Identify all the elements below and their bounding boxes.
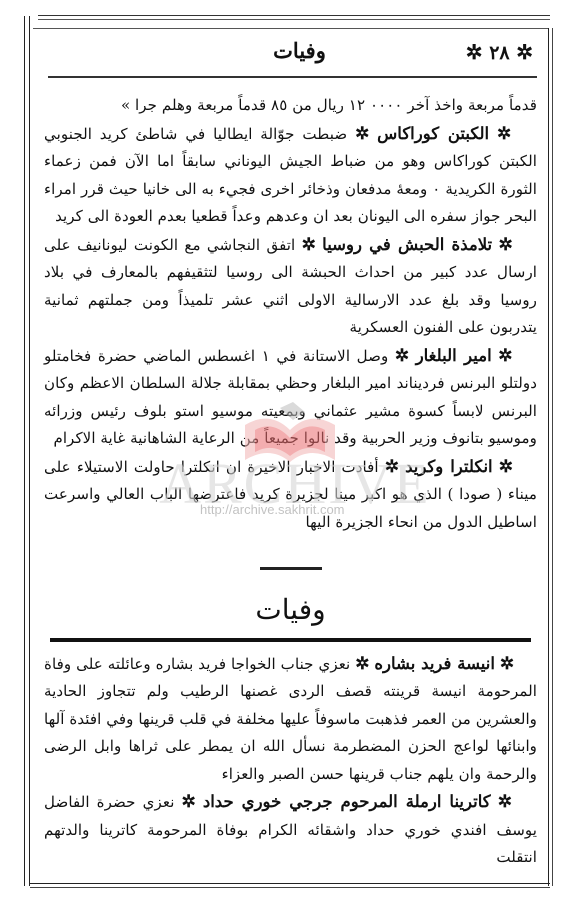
document-page: ✲ ٢٨ ✲ وفيات قدماً مربعة واخذ آخر ٠٠٠٠ ١… xyxy=(40,28,545,872)
news-item: ✲ امير البلغار ✲ وصل الاستانة في ١ اغسطس… xyxy=(44,342,537,453)
news-item: ✲ تلامذة الحبش في روسيا ✲ اتفق النجاشي م… xyxy=(44,231,537,342)
obituary-item: ✲ انيسة فريد بشاره ✲ نعزي جناب الخواجا ف… xyxy=(44,650,537,789)
asterism-ornament-icon: ✲ xyxy=(385,457,399,477)
asterism-ornament-icon: ✲ xyxy=(182,792,196,812)
asterism-ornament-icon: ✲ xyxy=(500,654,514,674)
obituary-text: نعزي جناب الخواجا فريد بشاره وعائلته على… xyxy=(44,655,537,783)
news-item-heading: انكلترا وكريد xyxy=(405,457,493,476)
news-item: ✲ انكلترا وكريد ✲ أفادت الاخبار الاخيرة … xyxy=(44,453,537,537)
short-rule xyxy=(260,567,322,570)
running-title: وفيات xyxy=(40,38,545,63)
news-item-heading: الكبتن كوراكاس xyxy=(377,124,489,143)
asterism-ornament-icon: ✲ xyxy=(302,235,316,255)
frame-left-rule xyxy=(24,16,30,886)
asterism-ornament-icon: ✲ xyxy=(498,346,512,366)
news-item-heading: تلامذة الحبش في روسيا xyxy=(322,235,492,254)
frame-bottom-rule xyxy=(30,883,550,888)
news-item-heading: امير البلغار xyxy=(416,346,492,365)
obituary-heading: انيسة فريد بشاره xyxy=(374,654,495,673)
asterism-ornament-icon: ✲ xyxy=(395,346,409,366)
intro-line: قدماً مربعة واخذ آخر ٠٠٠٠ ١٢ ريال من ٨٥ … xyxy=(44,92,537,120)
asterism-ornament-icon: ✲ xyxy=(498,235,512,255)
news-column: قدماً مربعة واخذ آخر ٠٠٠٠ ١٢ ريال من ٨٥ … xyxy=(40,92,545,872)
frame-right-rule xyxy=(548,28,553,886)
asterism-ornament-icon: ✲ xyxy=(498,792,512,812)
asterism-ornament-icon: ✲ xyxy=(499,457,513,477)
obituary-item: ✲ كاترينا ارملة المرحوم جرجي خوري حداد ✲… xyxy=(44,788,537,872)
obituaries-section-title: وفيات xyxy=(44,592,537,628)
asterism-ornament-icon: ✲ xyxy=(355,654,369,674)
frame-top-rule xyxy=(38,15,550,20)
page-header: ✲ ٢٨ ✲ وفيات xyxy=(40,28,545,76)
obituary-heading: كاترينا ارملة المرحوم جرجي خوري حداد xyxy=(203,792,491,811)
asterism-ornament-icon: ✲ xyxy=(355,124,369,144)
section-divider xyxy=(44,552,537,580)
news-item: ✲ الكبتن كوراكاس ✲ ضبطت جوّالة ايطاليا ف… xyxy=(44,120,537,231)
section-thick-rule xyxy=(50,638,531,642)
header-rule xyxy=(48,76,537,78)
asterism-ornament-icon: ✲ xyxy=(497,124,511,144)
